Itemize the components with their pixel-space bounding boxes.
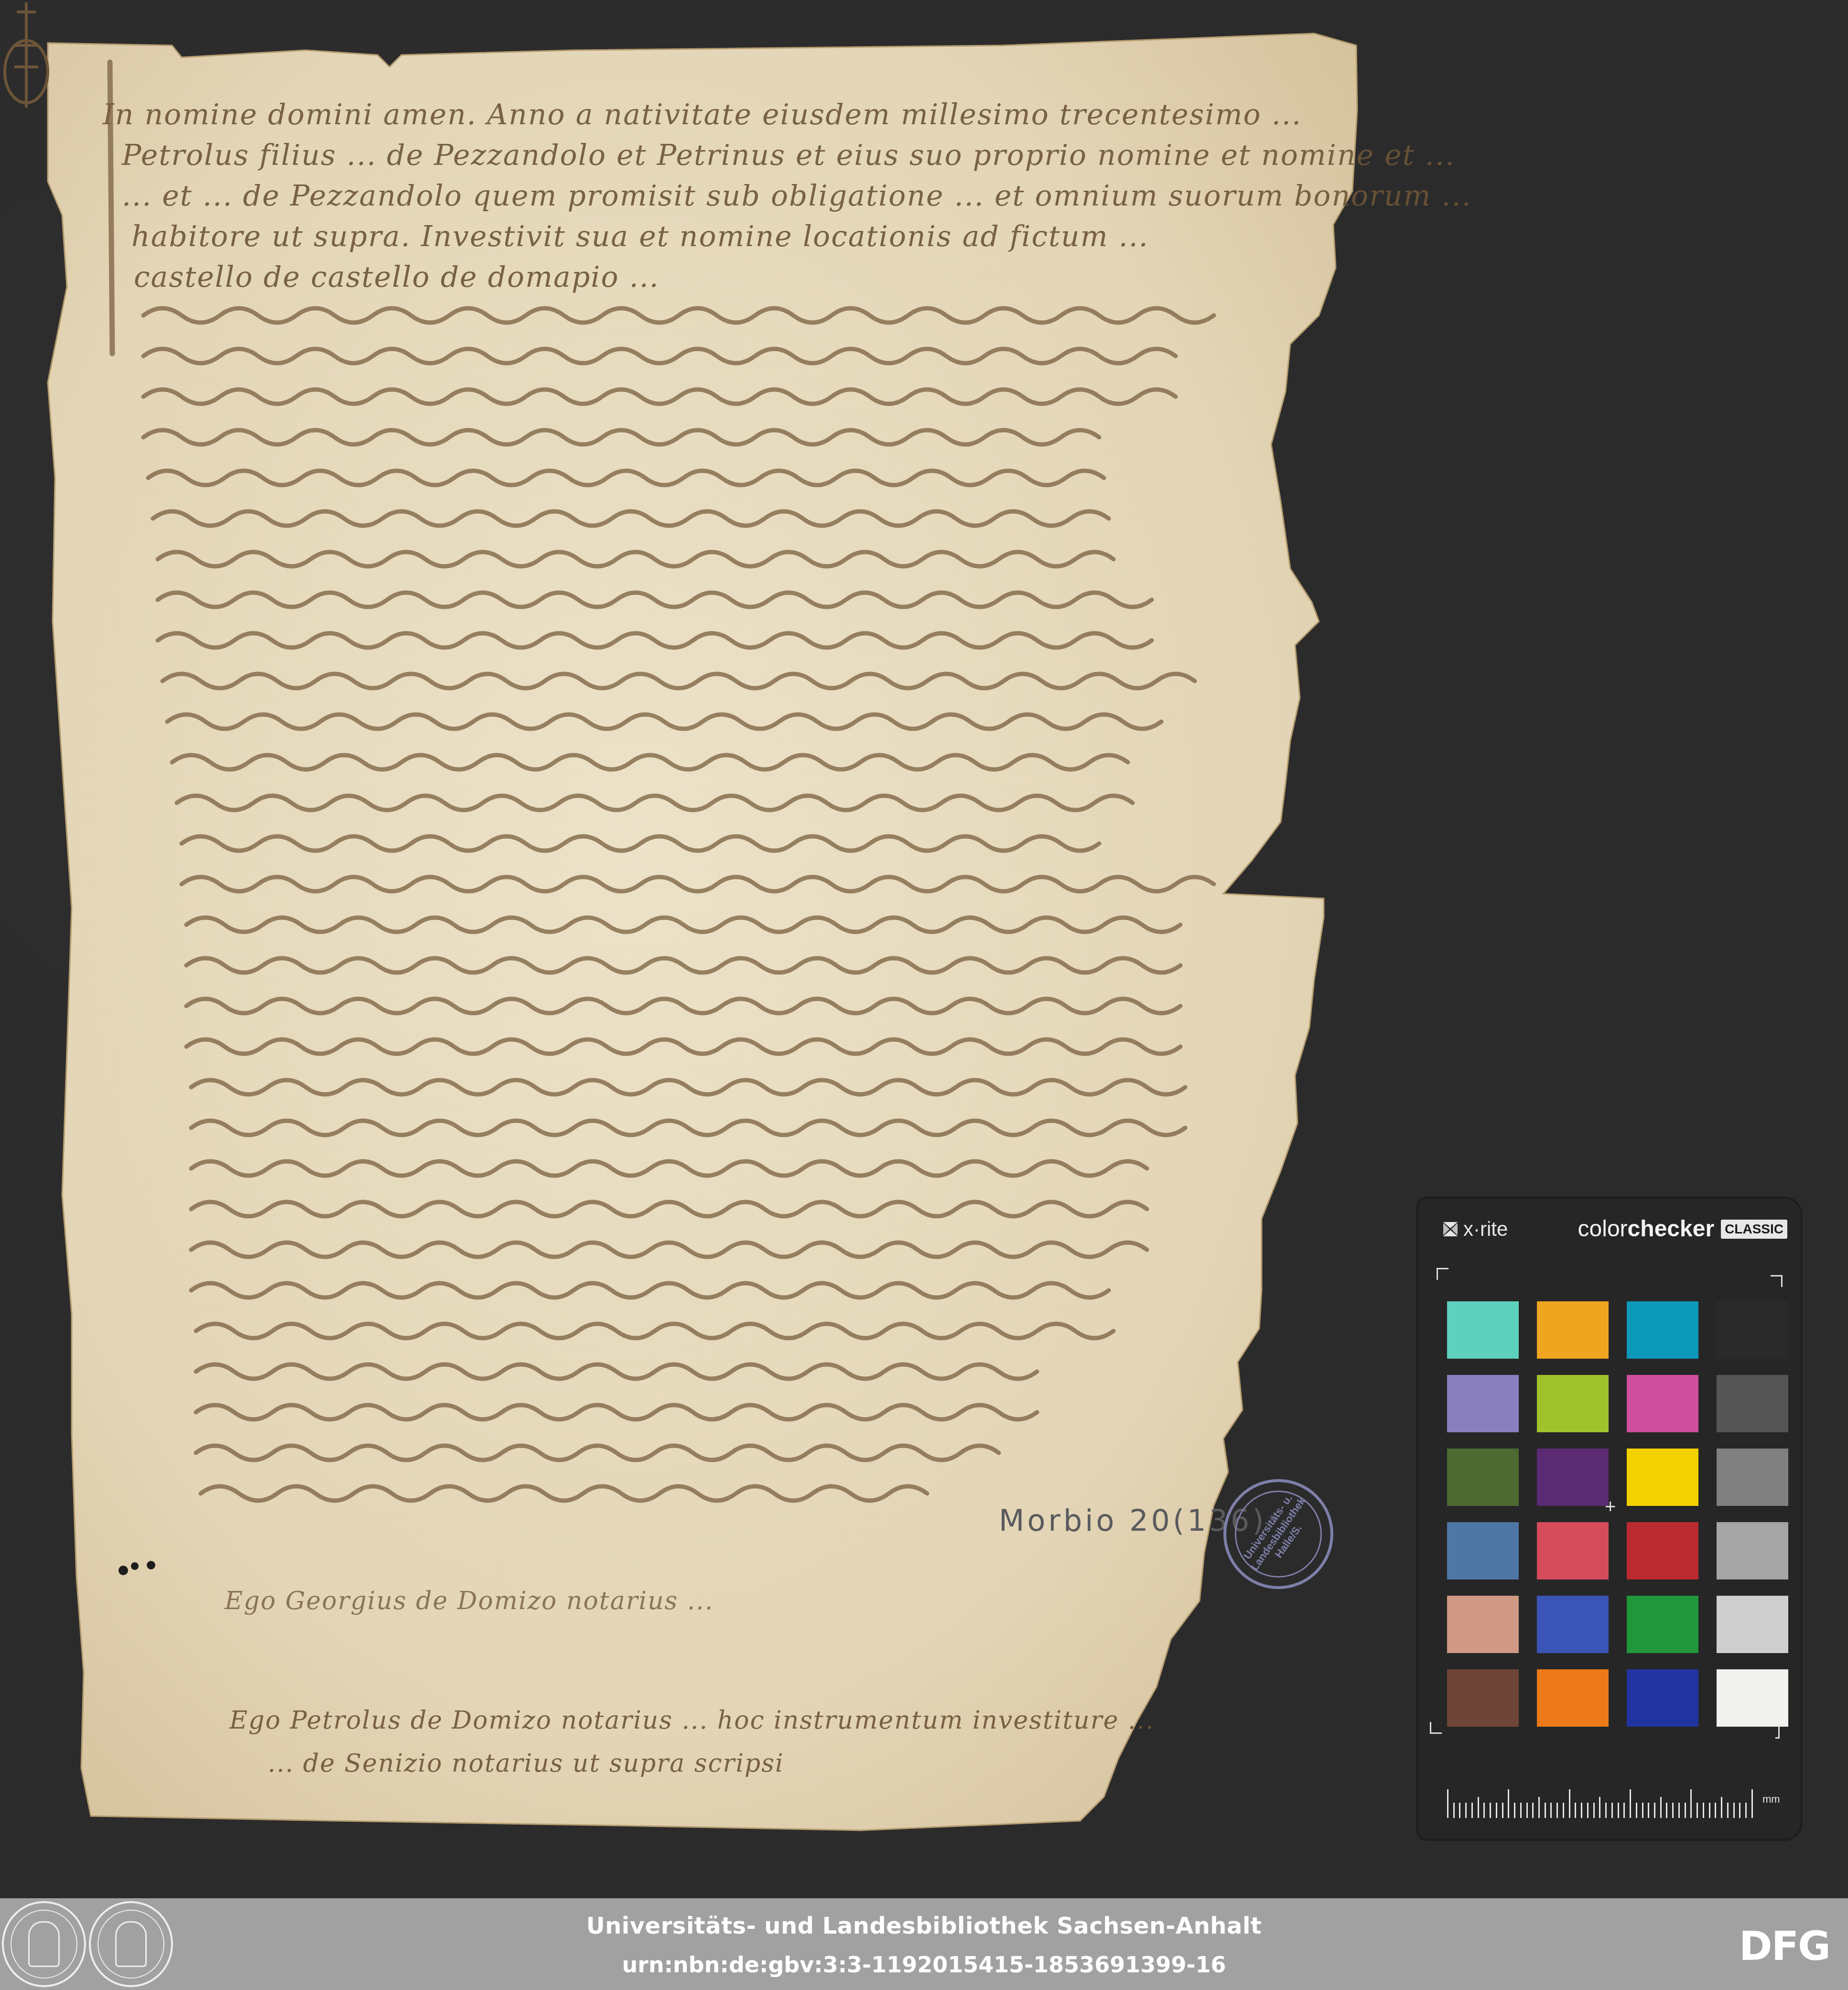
color-patch: [1447, 1522, 1519, 1579]
ruler-tick: [1459, 1803, 1460, 1818]
institution-name: Universitäts- und Landesbibliothek Sachs…: [0, 1913, 1848, 1939]
ruler-tick: [1745, 1803, 1747, 1818]
ruler-tick: [1623, 1803, 1625, 1818]
urn-identifier[interactable]: urn:nbn:de:gbv:3:3-1192015415-1853691399…: [0, 1952, 1848, 1978]
color-patch: [1537, 1375, 1609, 1432]
ruler-tick: [1648, 1803, 1649, 1818]
color-patch: [1447, 1449, 1519, 1506]
library-stamp-text: Universitäts- u. Landesbibliothek Halle/…: [1233, 1481, 1324, 1587]
ruler-tick: [1471, 1803, 1473, 1818]
color-patch: [1537, 1301, 1609, 1359]
ruler-tick: [1490, 1803, 1491, 1818]
ruler-tick: [1599, 1797, 1600, 1818]
notary-subscription-3: ... de Senizio notarius ut supra scripsi: [268, 1749, 784, 1778]
xrite-brand: x·rite: [1442, 1218, 1508, 1241]
classic-badge: CLASSIC: [1721, 1220, 1787, 1239]
ruler-tick: [1672, 1803, 1674, 1818]
color-patch: [1717, 1596, 1788, 1653]
mm-ruler: [1447, 1785, 1753, 1818]
ruler-tick: [1611, 1803, 1613, 1818]
ruler-tick: [1453, 1803, 1455, 1818]
footer-bar: Universitäts- und Landesbibliothek Sachs…: [0, 1898, 1848, 1990]
color-patch: [1717, 1375, 1788, 1432]
ruler-tick: [1556, 1803, 1558, 1818]
color-patch: [1447, 1301, 1519, 1359]
ruler-tick: [1520, 1803, 1522, 1818]
ruler-tick: [1447, 1789, 1448, 1818]
dfg-logo: DFG: [1739, 1926, 1830, 1966]
ruler-tick: [1642, 1803, 1643, 1818]
ruler-tick: [1550, 1803, 1552, 1818]
color-patch: [1627, 1375, 1698, 1432]
corner-mark-icon: [1430, 1722, 1442, 1734]
ruler-tick: [1636, 1803, 1637, 1818]
ruler-tick: [1678, 1803, 1680, 1818]
color-patch: [1537, 1449, 1609, 1506]
library-stamp: Universitäts- u. Landesbibliothek Halle/…: [1223, 1479, 1333, 1589]
notary-subscription-1: Ego Georgius de Domizo notarius ...: [225, 1587, 713, 1615]
ruler-tick: [1751, 1789, 1753, 1818]
color-patch: [1537, 1522, 1609, 1579]
corner-mark-icon: [1771, 1275, 1783, 1287]
ruler-tick: [1654, 1803, 1655, 1818]
ruler-tick: [1630, 1789, 1631, 1818]
ruler-tick: [1545, 1803, 1546, 1818]
color-patch: [1717, 1522, 1788, 1579]
color-patch: [1447, 1375, 1519, 1432]
ruler-tick: [1605, 1803, 1607, 1818]
color-patch: [1717, 1449, 1788, 1506]
color-patch: [1627, 1301, 1698, 1359]
product-name-bold: checker: [1628, 1216, 1714, 1242]
color-patch: [1627, 1669, 1698, 1727]
color-patch: [1537, 1669, 1609, 1727]
color-patch: [1627, 1522, 1698, 1579]
color-patch: [1627, 1449, 1698, 1506]
ruler-tick: [1563, 1803, 1564, 1818]
xrite-brand-label: x·rite: [1463, 1218, 1508, 1241]
ruler-tick: [1727, 1803, 1729, 1818]
ruler-tick: [1660, 1797, 1662, 1818]
xrite-logo-icon: [1442, 1221, 1459, 1237]
ruler-tick: [1666, 1803, 1667, 1818]
ruler-unit-label: mm: [1762, 1793, 1780, 1806]
ruler-tick: [1502, 1803, 1503, 1818]
ruler-tick: [1703, 1803, 1704, 1818]
color-patch: [1447, 1596, 1519, 1653]
color-patch: [1447, 1669, 1519, 1727]
color-patch: [1627, 1596, 1698, 1653]
ruler-tick: [1739, 1803, 1740, 1818]
ruler-tick: [1496, 1803, 1497, 1818]
color-patch: [1537, 1596, 1609, 1653]
ruler-tick: [1690, 1789, 1692, 1818]
product-name-light: color: [1578, 1216, 1628, 1242]
ruler-tick: [1478, 1797, 1479, 1818]
ruler-tick: [1618, 1803, 1619, 1818]
ruler-tick: [1483, 1803, 1485, 1818]
color-patch: [1717, 1669, 1788, 1727]
color-checker-card: x·rite colorchecker CLASSIC + mm: [1418, 1199, 1801, 1839]
ruler-tick: [1508, 1789, 1509, 1818]
ruler-tick: [1715, 1803, 1716, 1818]
notary-subscription-2: Ego Petrolus de Domizo notarius ... hoc …: [229, 1706, 1155, 1735]
ruler-tick: [1709, 1803, 1710, 1818]
ruler-tick: [1532, 1803, 1534, 1818]
ruler-tick: [1538, 1797, 1540, 1818]
ruler-tick: [1593, 1803, 1595, 1818]
ruler-tick: [1569, 1789, 1570, 1818]
ruler-tick: [1697, 1803, 1698, 1818]
ruler-tick: [1733, 1803, 1735, 1818]
ruler-tick: [1685, 1803, 1686, 1818]
ruler-tick: [1514, 1803, 1515, 1818]
ruler-tick: [1575, 1803, 1576, 1818]
corner-mark-icon: [1775, 1727, 1780, 1739]
corner-mark-icon: [1437, 1268, 1448, 1280]
color-patch: [1717, 1301, 1788, 1359]
ruler-tick: [1526, 1803, 1528, 1818]
notary-signum-icon: [0, 0, 53, 110]
ruler-tick: [1581, 1803, 1582, 1818]
crosshair-icon: +: [1605, 1497, 1616, 1516]
ruler-tick: [1465, 1803, 1467, 1818]
ruler-tick: [1587, 1803, 1589, 1818]
colorchecker-title: colorchecker CLASSIC: [1578, 1216, 1787, 1242]
ruler-tick: [1721, 1797, 1722, 1818]
